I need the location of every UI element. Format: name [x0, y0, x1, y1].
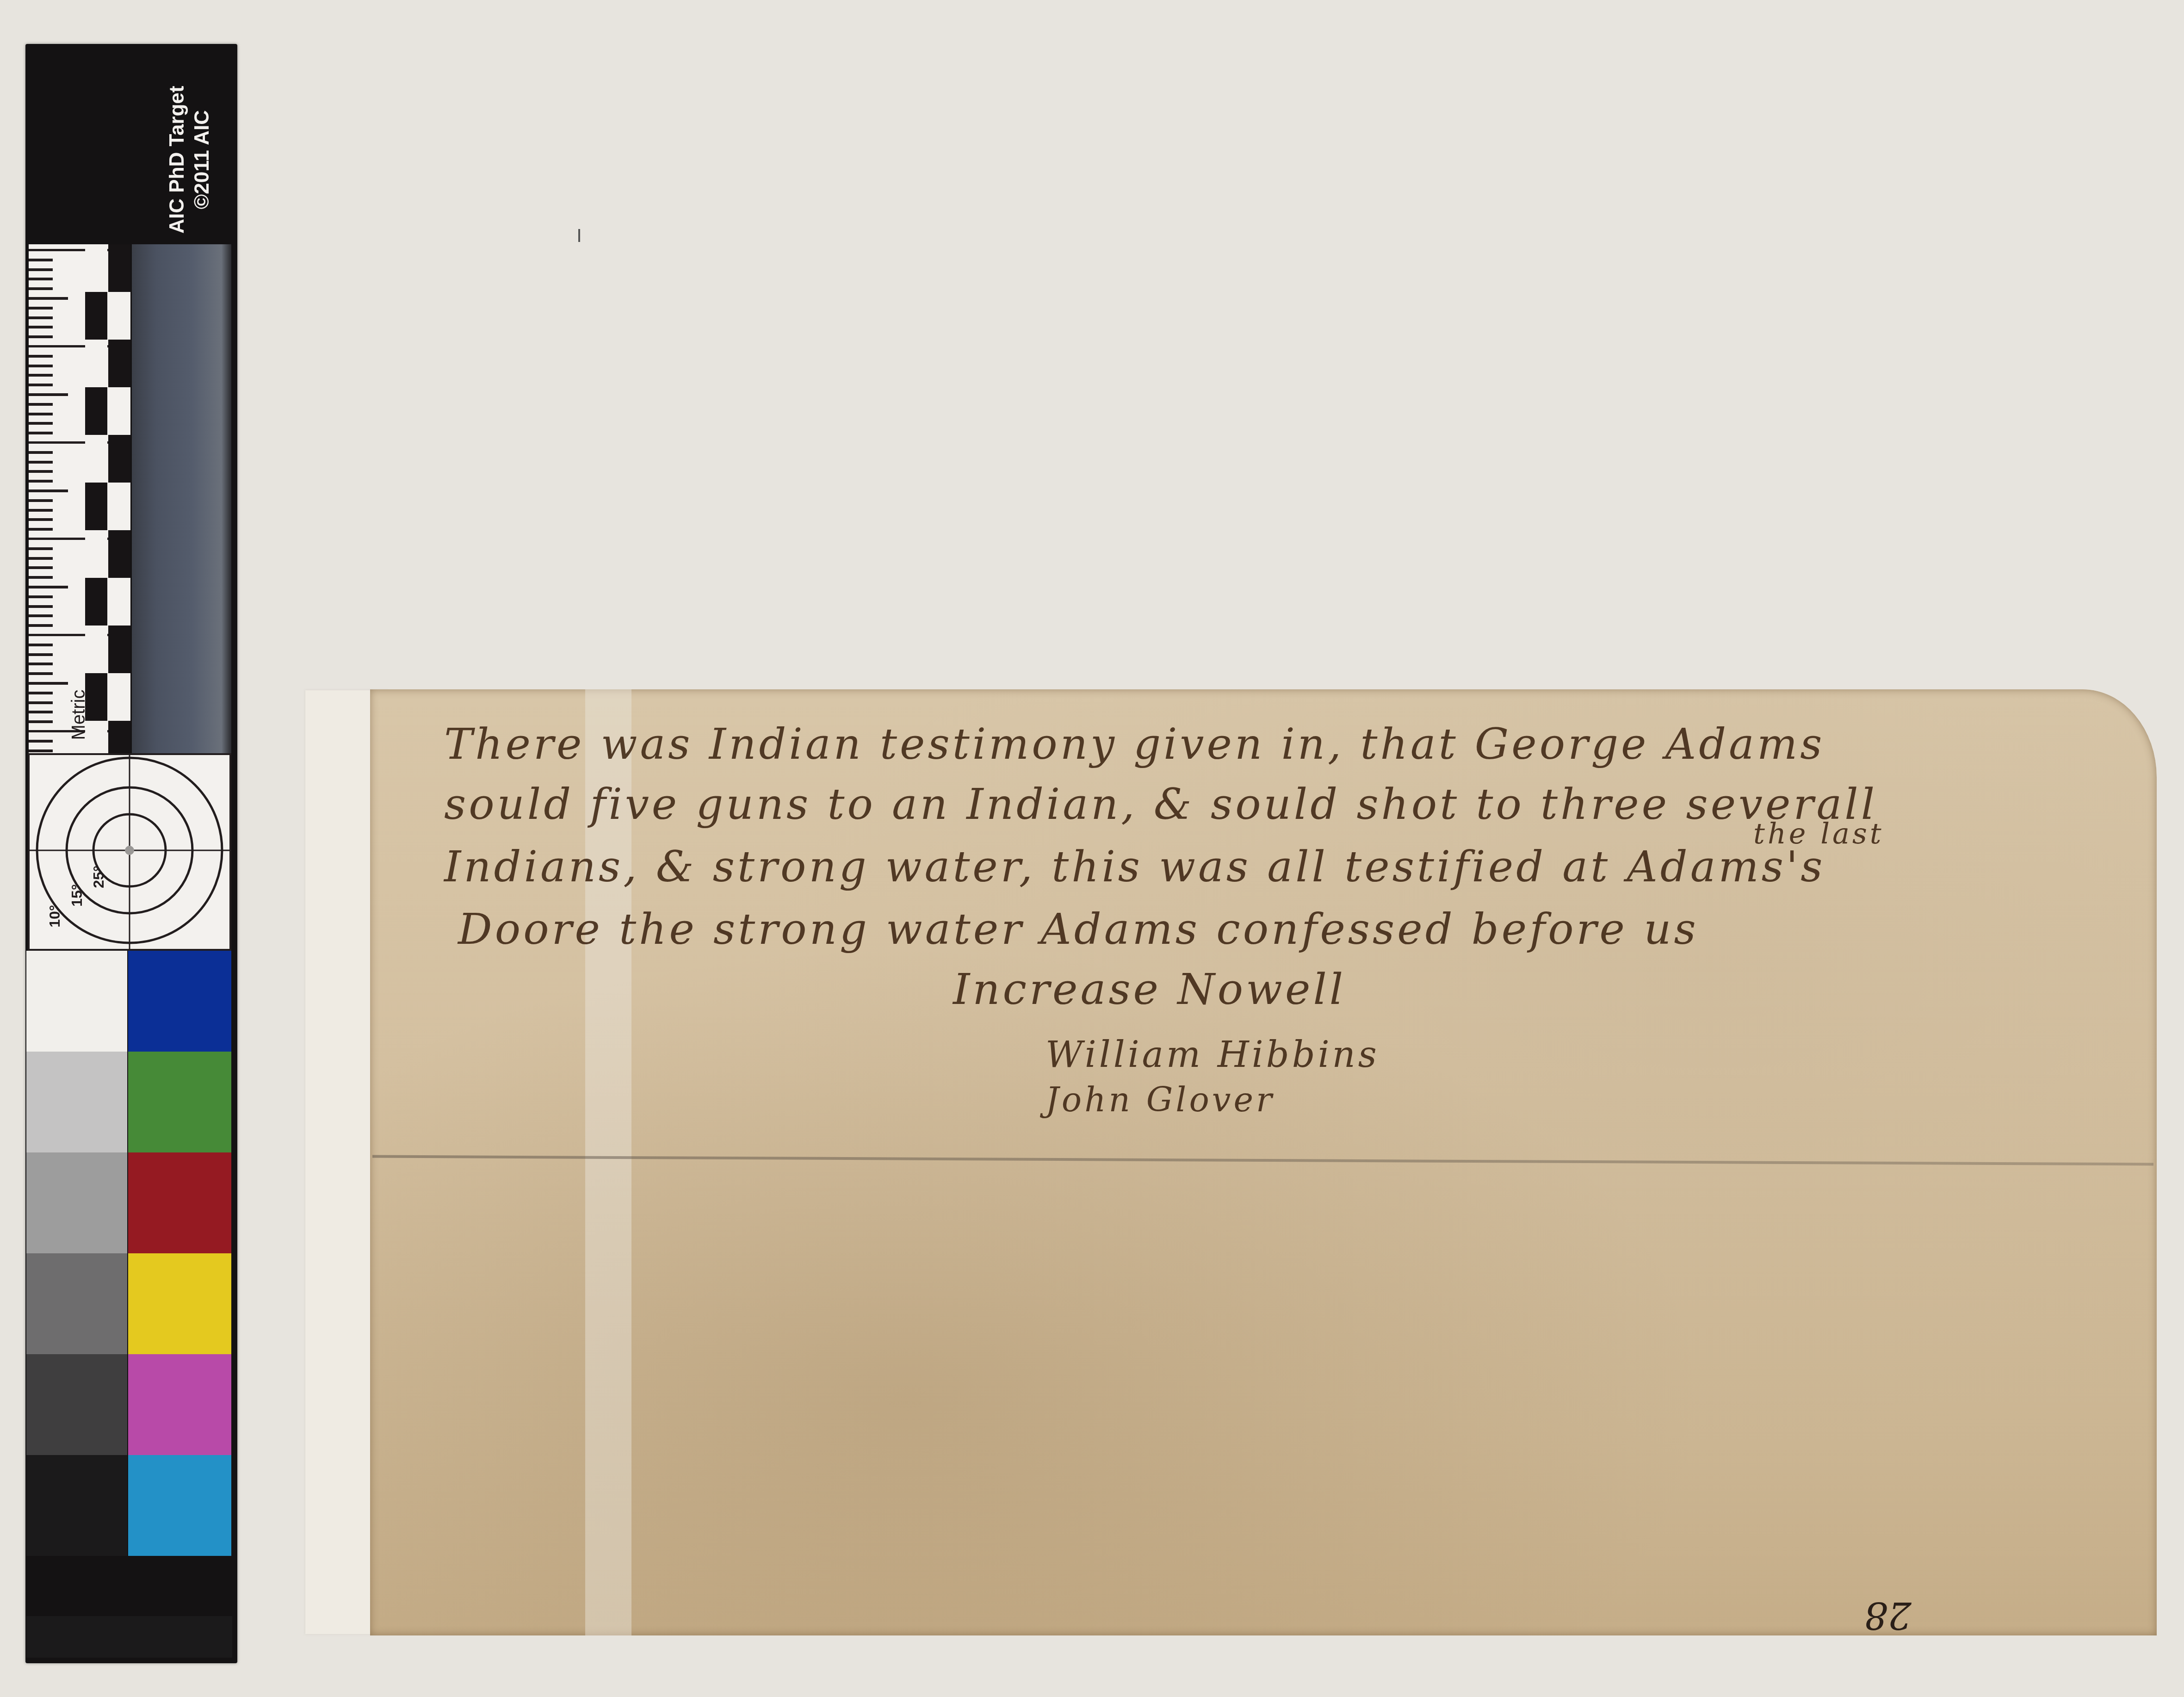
ruler-tick	[29, 268, 53, 271]
ruler-tick	[29, 576, 53, 579]
color-patch-cyan	[128, 1455, 231, 1556]
ruler-tick	[29, 307, 53, 310]
check-cell	[85, 387, 107, 435]
gray-patch-mid	[26, 1152, 127, 1253]
color-patch-red	[128, 1152, 231, 1253]
check-cell	[85, 483, 107, 530]
ruler-tick	[29, 384, 53, 386]
ruler-tick	[29, 711, 53, 713]
check-cell	[108, 292, 130, 340]
ruler-tick	[29, 720, 53, 723]
angle-label-10: 10°	[46, 905, 63, 927]
ruler-tick	[29, 297, 68, 300]
ruler-tick	[29, 682, 68, 685]
check-cell	[108, 483, 130, 530]
signature-increase-nowell: Increase Nowell	[953, 965, 1346, 1014]
ruler-tick	[29, 432, 53, 434]
ruler-tick	[29, 509, 53, 512]
color-patch-grid	[26, 951, 232, 1617]
manuscript-line-4: Doore the strong water Adams confessed b…	[458, 904, 1699, 954]
check-cell	[85, 578, 107, 626]
checkerboard	[85, 244, 131, 753]
ruler-tick	[29, 740, 53, 743]
angle-label-25: 25°	[90, 866, 107, 888]
ruler-tick	[29, 489, 68, 492]
manuscript-line-3: Indians, & strong water, this was all te…	[444, 842, 1825, 892]
target-title-line1: AIC PhD Target	[165, 86, 190, 233]
target-title-line2: ©2011 AIC	[190, 86, 215, 233]
ruler-tick	[29, 499, 53, 502]
ruler-tick	[29, 614, 53, 617]
ruler-tick	[29, 605, 53, 608]
check-cell	[108, 435, 130, 483]
ruler-tick	[29, 557, 53, 560]
check-cell	[108, 673, 130, 721]
ruler-tick	[29, 316, 53, 319]
manuscript-line-2: sould five guns to an Indian, & sould sh…	[444, 780, 1877, 829]
ruler-tick	[29, 566, 53, 569]
signature-john-glover: John Glover	[1046, 1080, 1275, 1119]
ruler-tick	[29, 672, 53, 675]
ruler-tick	[29, 653, 53, 656]
ruler-tick	[29, 259, 53, 261]
ruler-tick	[29, 413, 53, 415]
ruler-tick	[29, 422, 53, 425]
ruler-tick	[29, 393, 68, 396]
gray-patch-black	[26, 1455, 127, 1556]
check-cell	[108, 387, 130, 435]
ruler-tick	[29, 644, 53, 646]
gloss-reference-panel	[132, 244, 231, 753]
ruler-tick	[29, 470, 53, 473]
check-cell	[85, 244, 107, 292]
ruler-tick	[29, 365, 53, 367]
stray-fiber-mark	[578, 229, 580, 242]
check-cell	[108, 721, 130, 753]
ruler-tick	[29, 547, 53, 550]
ruler-tick	[29, 701, 53, 704]
manuscript-line-1: There was Indian testimony given in, tha…	[444, 719, 1825, 769]
ruler-tick	[29, 355, 53, 358]
target-title: AIC PhD Target ©2011 AIC	[160, 72, 220, 248]
ruler-tick	[29, 518, 53, 521]
check-cell	[85, 530, 107, 578]
ruler-tick	[29, 287, 53, 290]
check-cell	[108, 340, 130, 387]
tissue-repair-strip	[585, 689, 631, 1635]
gray-patch-dark	[26, 1354, 127, 1455]
ruler-tick	[29, 595, 53, 598]
check-cell	[85, 673, 107, 721]
color-patch-yellow	[128, 1253, 231, 1354]
ruler-tick	[29, 480, 53, 483]
ruler-tick	[29, 624, 53, 627]
check-cell	[85, 435, 107, 483]
ruler-tick	[29, 451, 53, 454]
color-patch-green	[128, 1052, 231, 1152]
color-patch-magenta	[128, 1354, 231, 1455]
ruler-tick	[29, 403, 53, 406]
check-cell	[85, 626, 107, 673]
ruler-tick	[29, 326, 53, 328]
ruler-tick	[29, 278, 53, 280]
gray-patch-medium-dark	[26, 1253, 127, 1354]
gray-patch-white	[26, 951, 127, 1052]
check-cell	[85, 292, 107, 340]
color-patch-blue	[128, 951, 231, 1052]
ruler-tick	[29, 692, 53, 694]
check-cell	[108, 530, 130, 578]
angle-label-15: 15°	[68, 884, 86, 906]
ruler-tick	[29, 528, 53, 531]
folio-number: 28	[1864, 1594, 1912, 1637]
ruler-tick	[29, 749, 53, 752]
check-cell	[108, 578, 130, 626]
check-cell	[85, 340, 107, 387]
check-cell	[108, 626, 130, 673]
ruler-tick	[29, 335, 53, 338]
ruler-tick	[29, 374, 53, 377]
check-cell	[85, 721, 107, 753]
check-cell	[108, 244, 130, 292]
ruler-tick	[29, 586, 68, 588]
target-bottom-band	[26, 1616, 232, 1658]
signature-william-hibbins: William Hibbins	[1046, 1034, 1380, 1076]
focus-target: 10° 15° 25°	[28, 753, 231, 951]
ruler-tick	[29, 461, 53, 464]
gray-patch-light	[26, 1052, 127, 1152]
ruler-tick	[29, 663, 53, 665]
